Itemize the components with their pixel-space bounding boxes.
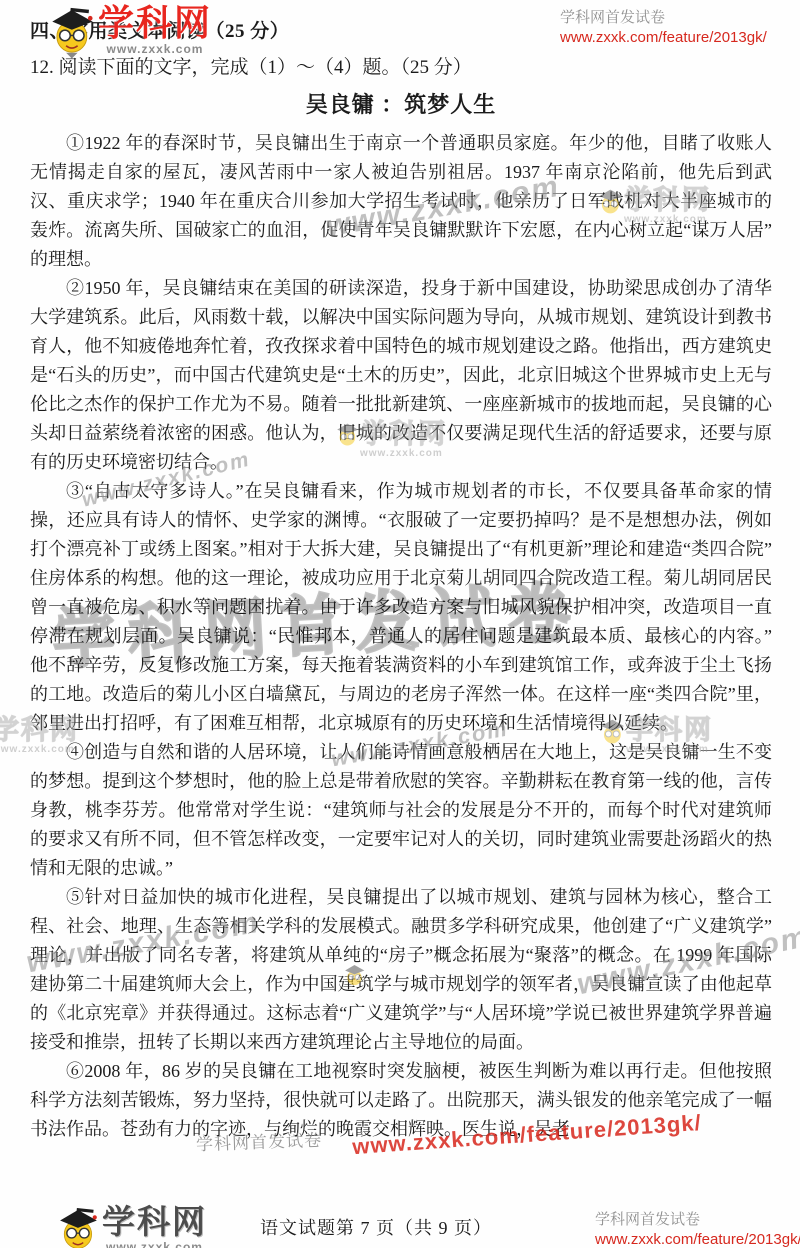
header-release-info: 学科网首发试卷 www.zxxk.com/feature/2013gk/	[560, 8, 767, 48]
article-paragraph-5: ⑤针对日益加快的城市化进程，吴良镛提出了以城市规划、建筑与园林为核心，整合工程、…	[30, 883, 772, 1057]
zxxk-brand-url: www.zxxk.com	[107, 42, 204, 56]
article-paragraph-1: ①1922 年的春深时节，吴良镛出生于南京一个普通职员家庭。年少的他，目睹了收账…	[30, 129, 772, 274]
release-label: 学科网首发试卷	[560, 8, 767, 28]
zxxk-logo-bottom: 学科网 www.zxxk.com	[58, 1204, 207, 1248]
zxxk-mascot-icon	[58, 1204, 100, 1248]
article-paragraph-2: ②1950 年，吴良镛结束在美国的研读深造，投身于新中国建设，协助梁思成创办了清…	[30, 274, 772, 477]
article-paragraph-3: ③“自古太守多诗人。”在吴良镛看来，作为城市规划者的市长，不仅要具备革命家的情操…	[30, 477, 772, 738]
article-body: 四、实用类文本阅读（25 分） 12. 阅读下面的文字，完成（1）～（4）题。（…	[30, 16, 772, 1144]
article-title: 吴良镛 ：筑梦人生	[30, 88, 772, 119]
release-url: www.zxxk.com/feature/2013gk/	[595, 1230, 800, 1248]
release-url: www.zxxk.com/feature/2013gk/	[560, 28, 767, 48]
footer-page-number: 语文试题第 7 页（共 9 页）	[260, 1214, 492, 1240]
exam-page: 学科网 www.zxxk.com 学科网首发试卷 www.zxxk.com/fe…	[0, 0, 800, 1248]
zxxk-logo-top: 学科网 www.zxxk.com	[50, 4, 212, 60]
footer-release-info: 学科网首发试卷 www.zxxk.com/feature/2013gk/	[595, 1210, 800, 1248]
article-paragraph-4: ④创造与自然和谐的人居环境，让人们能诗情画意般栖居在大地上，这是吴良镛一生不变的…	[30, 738, 772, 883]
zxxk-mascot-icon	[50, 4, 96, 60]
zxxk-brand-text: 学科网	[98, 4, 212, 42]
zxxk-brand-url: www.zxxk.com	[106, 1240, 203, 1248]
release-label: 学科网首发试卷	[595, 1210, 800, 1230]
article-paragraph-6: ⑥2008 年，86 岁的吴良镛在工地视察时突发脑梗，被医生判断为难以再行走。但…	[30, 1057, 772, 1144]
zxxk-brand-text: 学科网	[102, 1204, 207, 1240]
